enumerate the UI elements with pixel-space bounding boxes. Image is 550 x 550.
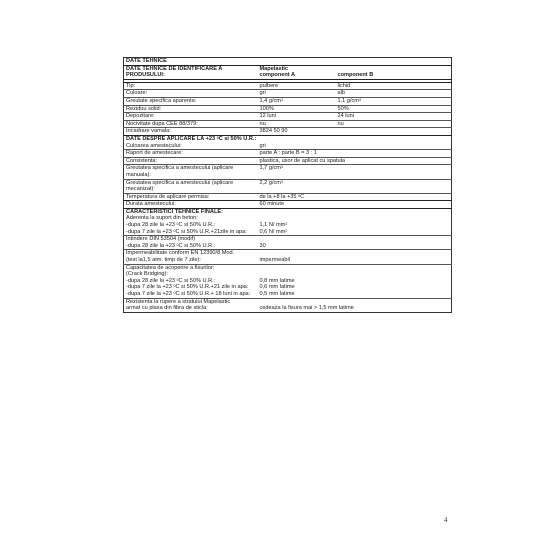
table-row: Greutatea specifica a amestecului (aplic… [124,165,452,179]
page-number: 4 [444,516,448,524]
document-page: DATE TEHNICE DATE TEHNICE DE IDENTIFICAR… [0,0,550,550]
col-a-subtitle: component A [260,72,334,79]
table-row: Culoare: gri alb [124,90,452,98]
application-header-row: DATE DESPRE APLICARE LA +23 0C si 50% U.… [124,135,452,142]
table-title-row: DATE TEHNICE [124,58,452,66]
table-row-crack-bridging: Capacitatea de acoperire a fisurilor: (C… [124,264,452,298]
identification-header-row: DATE TEHNICE DE IDENTIFICARE A PRODUSULU… [124,65,452,79]
col-a-title: Mapelastic [260,66,334,73]
table-title: DATE TEHNICE [124,58,452,66]
table-row: Durata amestecului: 60 minute [124,201,452,209]
identification-heading: DATE TEHNICE DE IDENTIFICARE A PRODUSULU… [124,65,258,79]
table-row: Tip: pulbere lichid [124,82,452,90]
table-row-tear-resistance: Rezistenta la rupere a stratului Mapelas… [124,298,452,312]
table-row-adhesion: Aderenta la suport din beton: -dupa 28 z… [124,215,452,235]
technical-data-table: DATE TEHNICE DATE TEHNICE DE IDENTIFICAR… [123,57,452,313]
table-row: Temperatura de aplicare permisa: de la +… [124,193,452,201]
table-row: Raport de amestecare: parte A : parte B … [124,150,452,158]
table-row: Reziduu solid: 100% 50% [124,105,452,113]
final-heading: CARACTERISTICI TEHNICE FINALE: [124,208,452,215]
final-header-row: CARACTERISTICI TEHNICE FINALE: [124,208,452,215]
table-row: Consistenta: plastica, usor de aplicat c… [124,157,452,165]
table-row-elongation: Intindere DIN 53504 (modif) -dupa 28 zil… [124,236,452,250]
table-row: Greutatea specifica a amestecului (aplic… [124,179,452,193]
table-row: Culoarea amestecului: gri [124,143,452,150]
table-row: Nocivitate dupa CEE 88/379: nu nu [124,120,452,128]
table-row: Greutate specifica aparenta: 1,4 g/cm3 1… [124,97,452,105]
table-row-impermeability: Impermeabilitate conform EN 12390/8 Mod.… [124,250,452,264]
table-row: Incadrare vamala: 3824 50 90 [124,128,452,136]
col-b-title: component B [336,65,452,79]
application-heading: DATE DESPRE APLICARE LA +23 0C si 50% U.… [124,135,452,142]
table-row: Depozitare: 12 luni 24 luni [124,113,452,121]
